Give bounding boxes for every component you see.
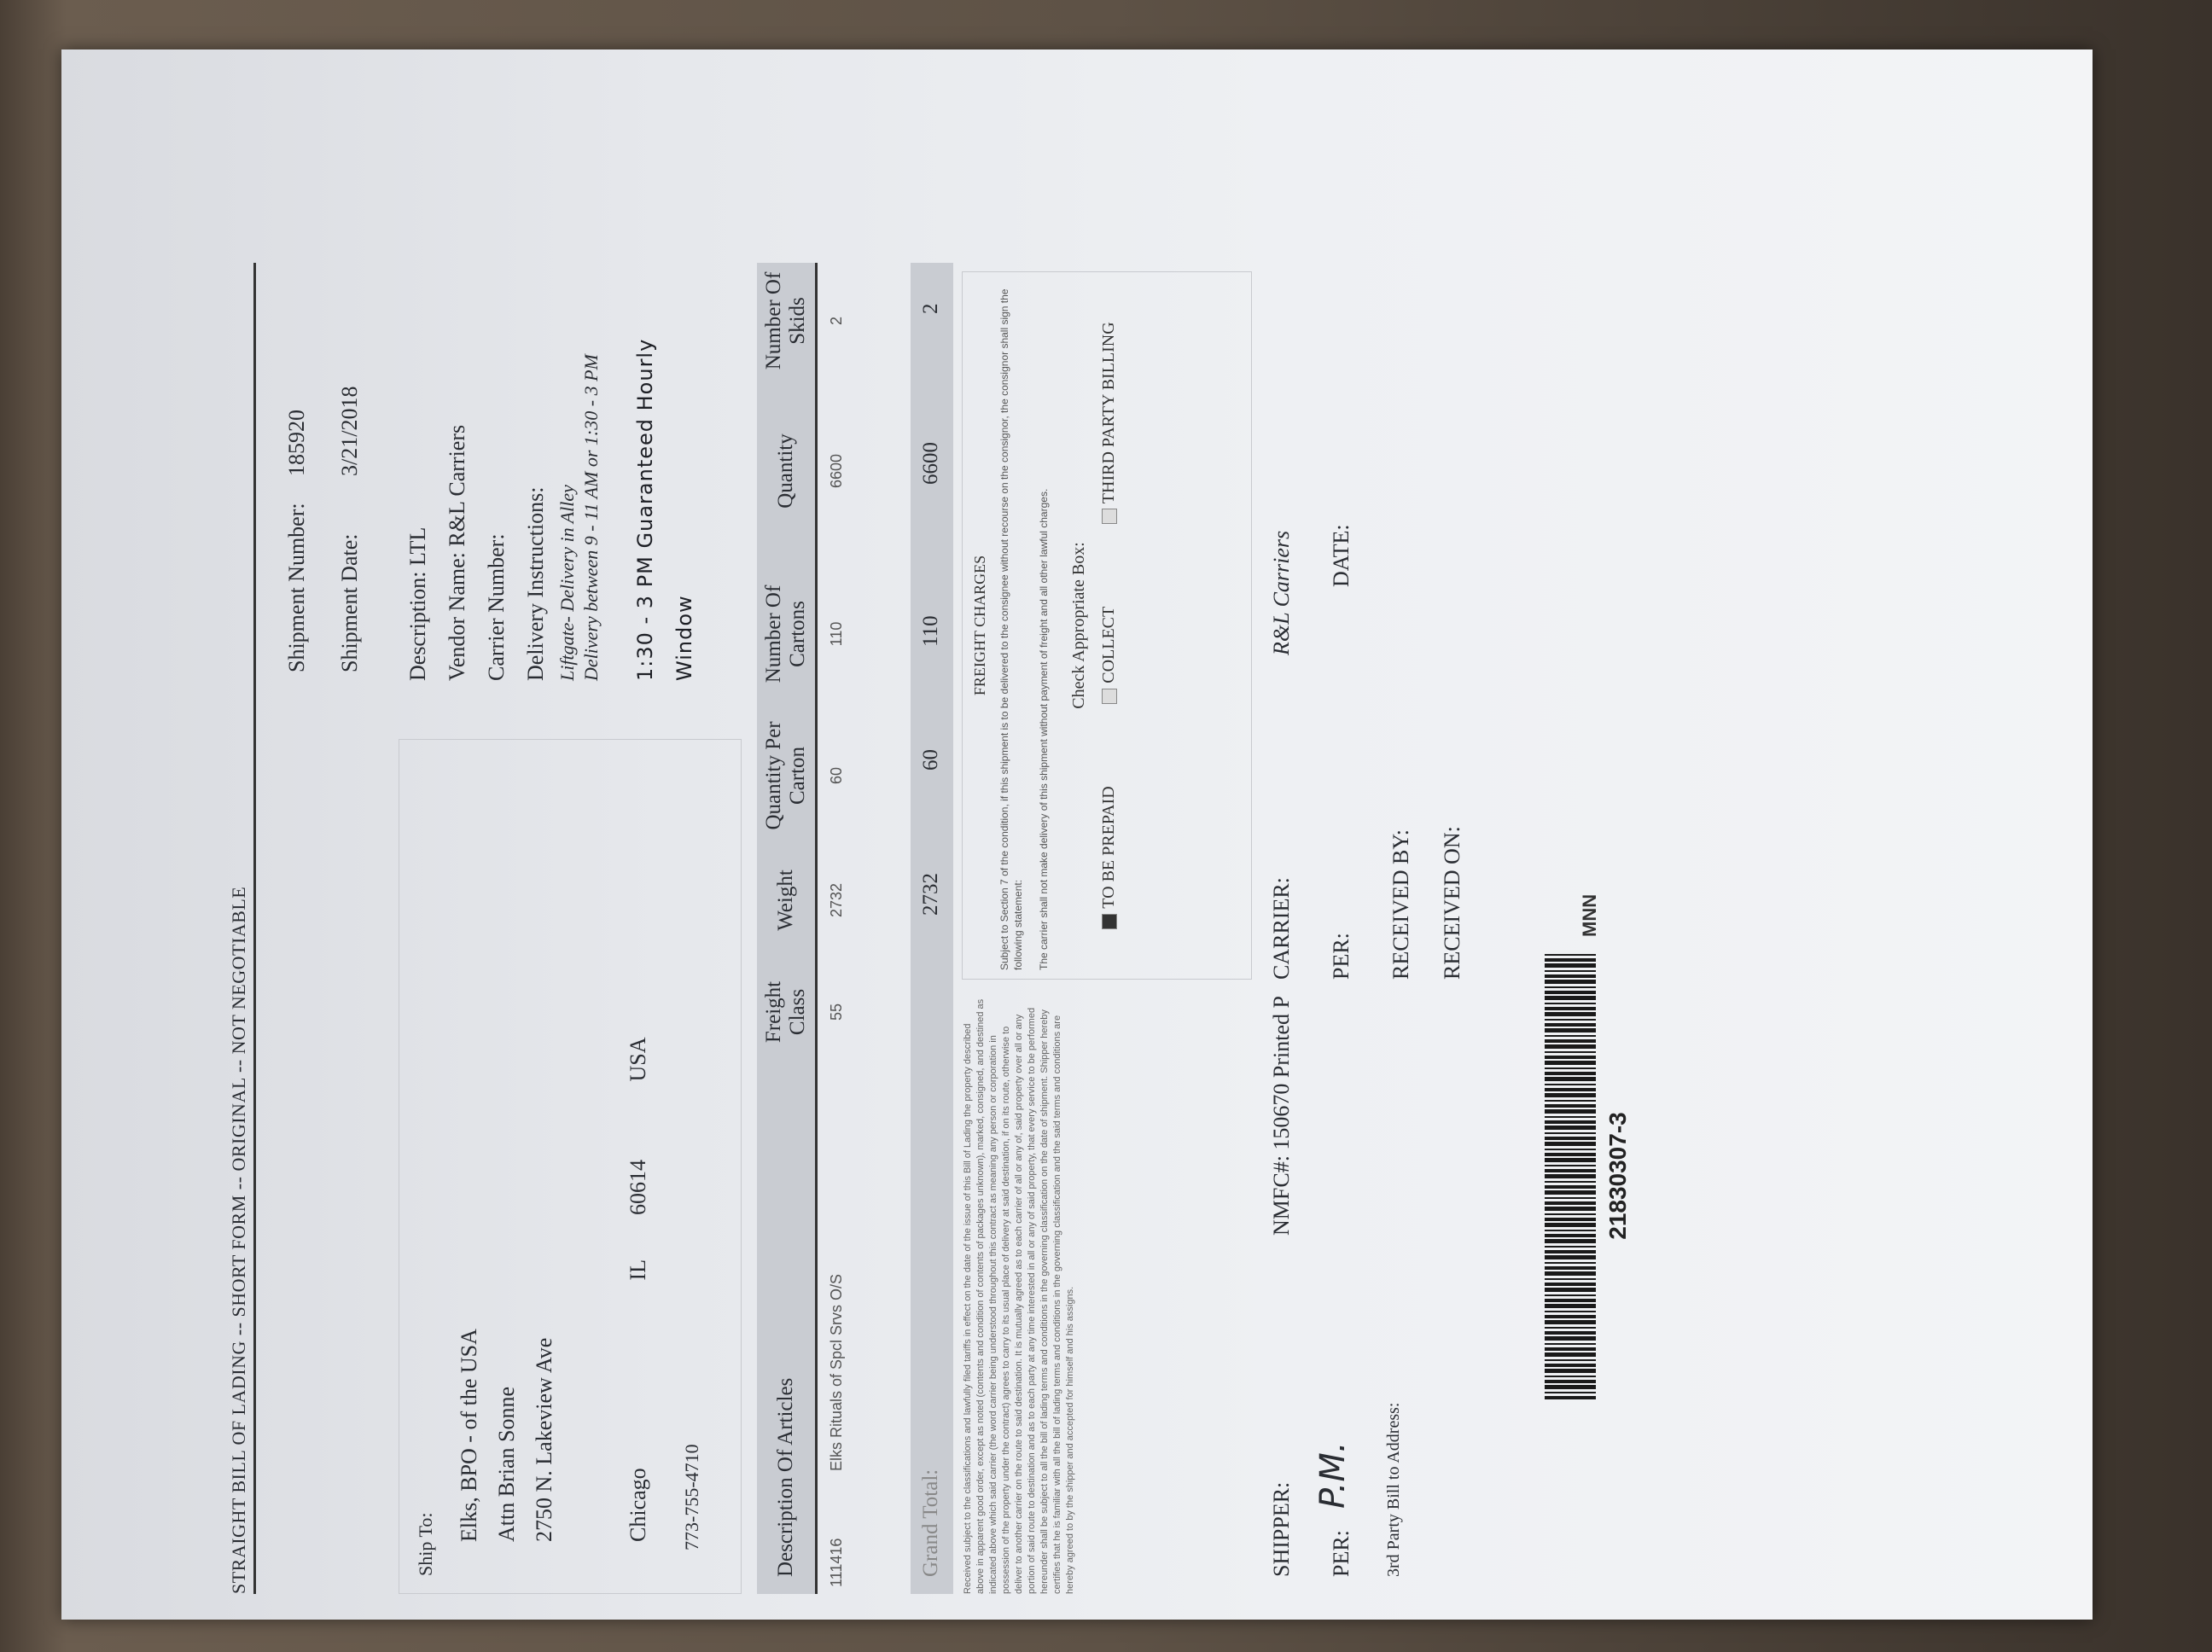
col-skids: Number Of Skids: [757, 263, 817, 379]
ship-to-city: Chicago: [626, 1286, 651, 1576]
item-cartons: 110: [817, 563, 857, 705]
shipper-label: SHIPPER:: [1269, 1482, 1295, 1577]
ship-to-phone: 773-755-4710: [681, 1444, 703, 1550]
freight-title: FREIGHT CHARGES: [971, 281, 989, 970]
item-description: Elks Rituals of Spcl Srvs O/S: [817, 1070, 857, 1478]
freight-text-2: The carrier shall not make delivery of t…: [1037, 281, 1051, 970]
option-collect-label: COLLECT: [1099, 607, 1118, 683]
total-quantity: 6600: [919, 442, 943, 485]
ship-to-address: 2750 N. Lakeview Ave: [526, 1329, 563, 1542]
option-prepaid-label: TO BE PREPAID: [1099, 786, 1118, 908]
terms-text: Received subject to the classifications …: [962, 997, 1077, 1594]
paper-sheet: STRAIGHT BILL OF LADING -- SHORT FORM --…: [61, 49, 2093, 1620]
col-description: Description Of Articles: [757, 1070, 817, 1594]
check-title: Check Appropriate Box:: [1069, 281, 1089, 970]
per-label: PER:: [1329, 1530, 1354, 1577]
shipment-number-label: Shipment Number:: [271, 476, 323, 672]
item-freight-class: 55: [817, 954, 857, 1070]
delivery-line-1: Liftgate- Delivery in Alley: [556, 271, 579, 681]
checkbox-icon[interactable]: [1102, 689, 1117, 704]
carrier-number-label: Carrier Number:: [484, 533, 509, 681]
grand-total-label: Grand Total:: [919, 1469, 943, 1577]
shipment-date-label: Shipment Date:: [323, 476, 376, 672]
handwritten-note: 1:30 - 3 PM Guaranteed Hourly Window: [626, 271, 704, 681]
option-collect[interactable]: COLLECT: [1099, 607, 1119, 704]
col-weight: Weight: [757, 846, 817, 954]
item-number: 111416: [817, 1478, 857, 1594]
shipment-date: 3/21/2018: [337, 387, 362, 476]
ship-to-zip: 60614: [626, 1087, 651, 1215]
barcode: 21830307-3 MNN: [1545, 954, 1647, 1398]
document-title: STRAIGHT BILL OF LADING -- SHORT FORM --…: [228, 263, 256, 1594]
shipment-details: Description: LTL Vendor Name: R&L Carrie…: [399, 271, 704, 681]
vendor-label: Vendor Name:: [445, 552, 469, 681]
total-skids: 2: [919, 304, 943, 315]
delivery-line-2: Delivery between 9 - 11 AM or 1:30 - 3 P…: [579, 271, 603, 681]
item-quantity: 6600: [817, 379, 857, 563]
total-weight: 2732: [919, 873, 943, 916]
table-row: 111416 Elks Rituals of Spcl Srvs O/S 55 …: [817, 263, 857, 1594]
item-skids: 2: [817, 263, 857, 379]
barcode-number: 21830307-3: [1604, 954, 1635, 1398]
option-prepaid[interactable]: TO BE PREPAID: [1099, 786, 1119, 928]
freight-charges-box: FREIGHT CHARGES Subject to Section 7 of …: [962, 271, 1252, 980]
shipment-number: 185920: [284, 410, 309, 476]
barcode-code: MNN: [1579, 852, 1604, 937]
item-qty-per-carton: 60: [817, 705, 857, 846]
articles-table: Description Of Articles Freight Class We…: [757, 263, 856, 1594]
option-third-party-label: THIRD PARTY BILLING: [1099, 322, 1118, 503]
carrier-label: CARRIER:: [1269, 877, 1295, 980]
date-label: DATE:: [1329, 524, 1354, 587]
ship-to-label: Ship To:: [415, 1513, 437, 1576]
shipment-meta: Shipment Number:185920 Shipment Date:3/2…: [271, 387, 376, 672]
checkbox-checked-icon[interactable]: [1102, 914, 1117, 929]
received-by-label: RECEIVED BY:: [1388, 829, 1414, 980]
third-party-label: 3rd Party Bill to Address:: [1384, 1403, 1404, 1577]
col-cartons: Number Of Cartons: [757, 563, 817, 705]
freight-text-1: Subject to Section 7 of the condition, i…: [998, 281, 1025, 970]
ship-to-country: USA: [626, 1037, 651, 1081]
total-qty-per-carton: 60: [919, 749, 943, 771]
total-cartons: 110: [919, 615, 943, 647]
per2-label: PER:: [1329, 933, 1354, 980]
description-value: LTL: [405, 527, 430, 566]
received-on-label: RECEIVED ON:: [1440, 826, 1465, 980]
description-label: Description:: [405, 571, 430, 681]
ship-to-box: Ship To: Elks, BPO - of the USA Attn Bri…: [399, 739, 742, 1594]
delivery-instructions-label: Delivery Instructions:: [516, 271, 556, 681]
nmfc-number: NMFC#: 150670 Printed P: [1269, 996, 1295, 1236]
grand-total-row: Grand Total: 2732 60 110 6600 2: [911, 263, 953, 1594]
per-signature: P.M.: [1313, 1441, 1353, 1509]
bill-of-lading: STRAIGHT BILL OF LADING -- SHORT FORM --…: [228, 263, 1209, 1594]
ship-to-city-row: Chicago IL 60614 USA: [626, 1037, 651, 1576]
col-qty-per-carton: Quantity Per Carton: [757, 705, 817, 846]
item-weight: 2732: [817, 846, 857, 954]
vendor-value: R&L Carriers: [445, 425, 469, 547]
checkbox-icon[interactable]: [1102, 509, 1117, 524]
ship-to-name: Elks, BPO - of the USA: [451, 1329, 488, 1542]
ship-to-state: IL: [626, 1221, 651, 1281]
col-quantity: Quantity: [757, 379, 817, 563]
option-third-party[interactable]: THIRD PARTY BILLING: [1099, 322, 1119, 524]
ship-to-attn: Attn Brian Sonne: [488, 1329, 526, 1542]
carrier-value: R&L Carriers: [1269, 531, 1295, 655]
col-freight-class: Freight Class: [757, 954, 817, 1070]
